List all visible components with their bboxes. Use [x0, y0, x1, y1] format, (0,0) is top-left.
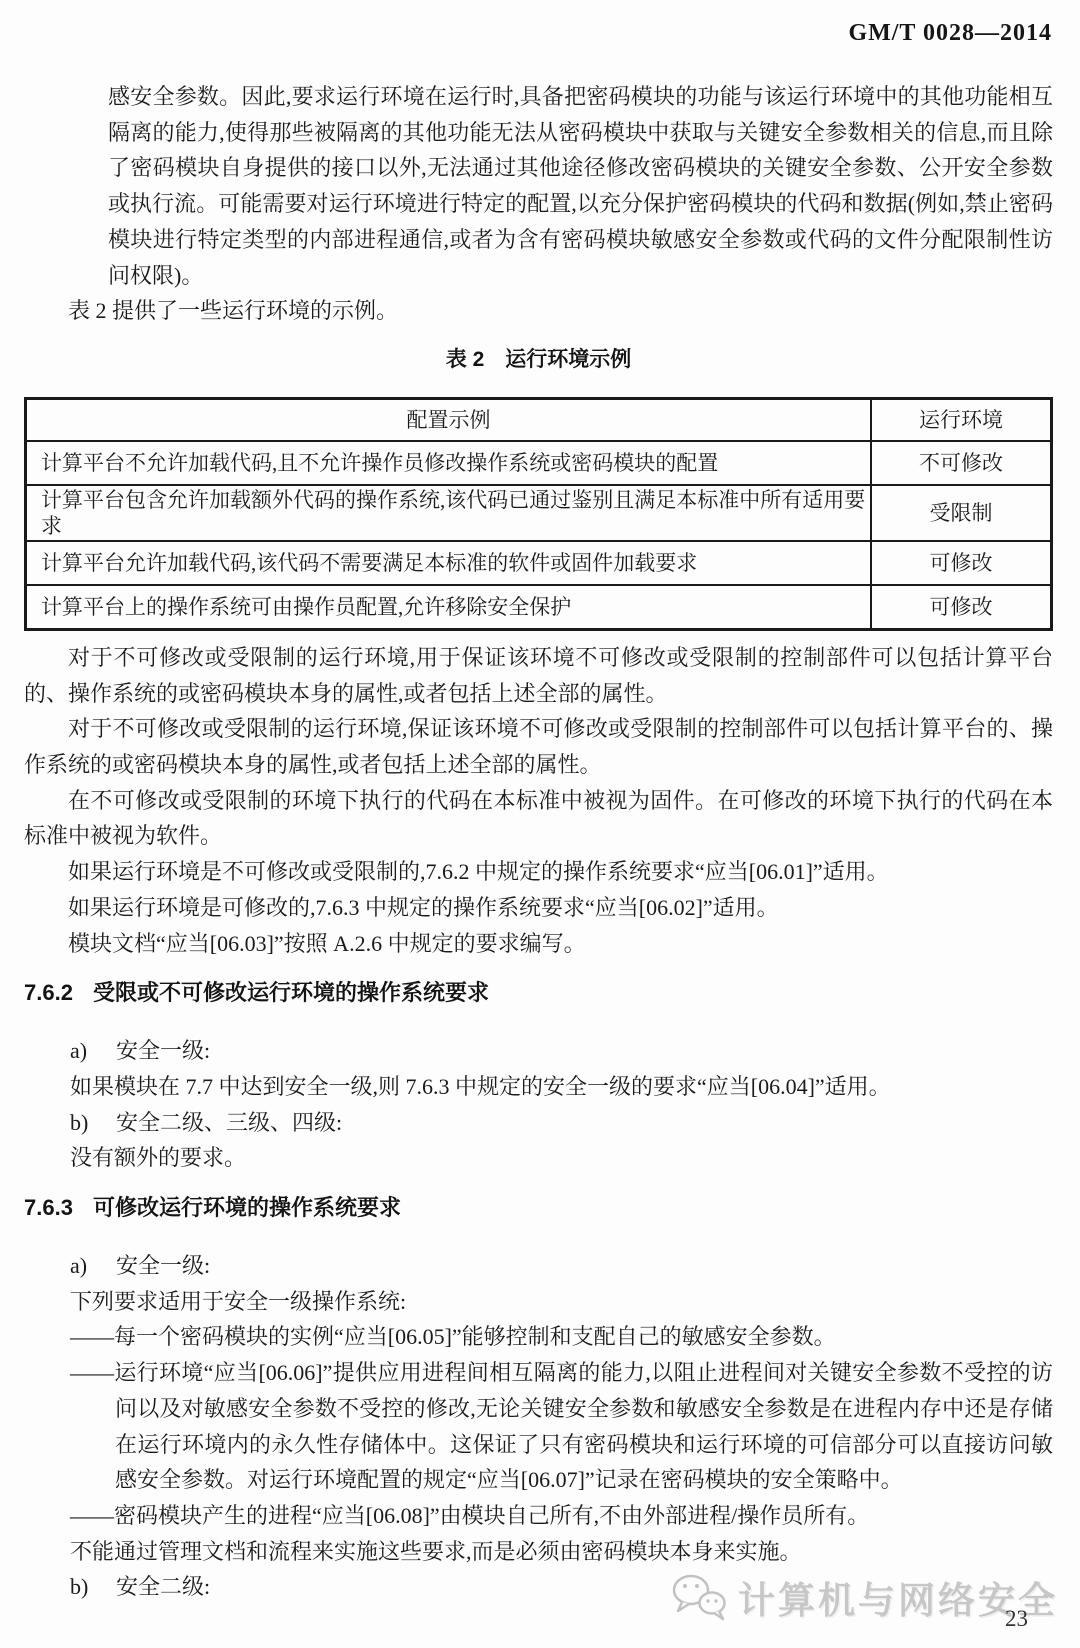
- section-number: 7.6.3: [24, 1195, 73, 1220]
- list-item-body: 没有额外的要求。: [70, 1140, 1053, 1176]
- list-item-label: b): [70, 1105, 116, 1141]
- body-paragraph: 如果运行环境是不可修改或受限制的,7.6.2 中规定的操作系统要求“应当[06.…: [24, 854, 1053, 890]
- wechat-icon: [670, 1572, 728, 1622]
- table-intro-paragraph: 表 2 提供了一些运行环境的示例。: [24, 293, 1053, 329]
- table-cell-configuration: 计算平台不允许加载代码,且不允许操作员修改操作系统或密码模块的配置: [26, 441, 871, 485]
- list-item-body: 如果模块在 7.7 中达到安全一级,则 7.6.3 中规定的安全一级的要求“应当…: [70, 1069, 1053, 1105]
- table-row: 计算平台包含允许加载额外代码的操作系统,该代码已通过鉴别且满足本标准中所有适用要…: [26, 485, 1052, 541]
- operating-environment-table: 配置示例 运行环境 计算平台不允许加载代码,且不允许操作员修改操作系统或密码模块…: [24, 397, 1053, 631]
- table-row: 计算平台上的操作系统可由操作员配置,允许移除安全保护 可修改: [26, 585, 1052, 630]
- table-cell-environment: 可修改: [871, 585, 1052, 630]
- body-paragraph: 对于不可修改或受限制的运行环境,用于保证该环境不可修改或受限制的控制部件可以包括…: [24, 640, 1053, 711]
- section-heading-763: 7.6.3可修改运行环境的操作系统要求: [24, 1193, 1053, 1223]
- list-item-text: 安全二级:: [116, 1574, 210, 1599]
- intro-paragraph: 感安全参数。因此,要求运行环境在运行时,具备把密码模块的功能与该运行环境中的其他…: [108, 79, 1053, 293]
- list-item-label: a): [70, 1033, 116, 1069]
- table-cell-environment: 受限制: [871, 485, 1052, 541]
- table-row: 计算平台允许加载代码,该代码不需要满足本标准的软件或固件加载要求 可修改: [26, 541, 1052, 585]
- section-heading-762: 7.6.2受限或不可修改运行环境的操作系统要求: [24, 978, 1053, 1008]
- dash-list-item: ——运行环境“应当[06.06]”提供应用进程间相互隔离的能力,以阻止进程间对关…: [115, 1355, 1053, 1498]
- table-cell-configuration: 计算平台上的操作系统可由操作员配置,允许移除安全保护: [26, 585, 871, 630]
- watermark: 计算机与网络安全: [670, 1570, 1058, 1624]
- page-content: 感安全参数。因此,要求运行环境在运行时,具备把密码模块的功能与该运行环境中的其他…: [24, 0, 1053, 1605]
- dash-list-item: ——每一个密码模块的实例“应当[06.05]”能够控制和支配自己的敏感安全参数。: [115, 1319, 1053, 1355]
- table-cell-configuration: 计算平台包含允许加载额外代码的操作系统,该代码已通过鉴别且满足本标准中所有适用要…: [26, 485, 871, 541]
- body-paragraph: 在不可修改或受限制的环境下执行的代码在本标准中被视为固件。在可修改的环境下执行的…: [24, 783, 1053, 854]
- list-item-label: b): [70, 1569, 116, 1605]
- column-header-environment: 运行环境: [871, 398, 1052, 441]
- body-paragraph: 模块文档“应当[06.03]”按照 A.2.6 中规定的要求编写。: [24, 926, 1053, 962]
- table-cell-environment: 不可修改: [871, 441, 1052, 485]
- column-header-configuration: 配置示例: [26, 398, 871, 441]
- table-caption: 表 2 运行环境示例: [24, 347, 1053, 373]
- table-row: 计算平台不允许加载代码,且不允许操作员修改操作系统或密码模块的配置 不可修改: [26, 441, 1052, 485]
- table-cell-environment: 可修改: [871, 541, 1052, 585]
- dash-list-item: ——密码模块产生的进程“应当[06.08]”由模块自己所有,不由外部进程/操作员…: [115, 1498, 1053, 1534]
- body-paragraph: 如果运行环境是可修改的,7.6.3 中规定的操作系统要求“应当[06.02]”适…: [24, 890, 1053, 926]
- table-cell-configuration: 计算平台允许加载代码,该代码不需要满足本标准的软件或固件加载要求: [26, 541, 871, 585]
- list-item-letter: a)安全一级:: [70, 1033, 1053, 1069]
- body-paragraph: 对于不可修改或受限制的运行环境,保证该环境不可修改或受限制的控制部件可以包括计算…: [24, 711, 1053, 782]
- section-title: 受限或不可修改运行环境的操作系统要求: [93, 980, 489, 1005]
- list-item-letter: b)安全二级、三级、四级:: [70, 1105, 1053, 1141]
- list-item-body: 不能通过管理文档和流程来实施这些要求,而是必须由密码模块本身来实施。: [70, 1534, 1053, 1570]
- document-page: GM/T 0028—2014 感安全参数。因此,要求运行环境在运行时,具备把密码…: [0, 0, 1080, 1648]
- list-item-text: 安全二级、三级、四级:: [116, 1110, 342, 1135]
- list-item-letter: a)安全一级:: [70, 1248, 1053, 1284]
- list-item-label: a): [70, 1248, 116, 1284]
- list-item-text: 安全一级:: [116, 1253, 210, 1278]
- page-number: 23: [1005, 1606, 1028, 1632]
- section-title: 可修改运行环境的操作系统要求: [93, 1195, 401, 1220]
- list-item-text: 安全一级:: [116, 1038, 210, 1063]
- section-number: 7.6.2: [24, 980, 73, 1005]
- list-item-body: 下列要求适用于安全一级操作系统:: [70, 1284, 1053, 1320]
- table-header-row: 配置示例 运行环境: [26, 398, 1052, 441]
